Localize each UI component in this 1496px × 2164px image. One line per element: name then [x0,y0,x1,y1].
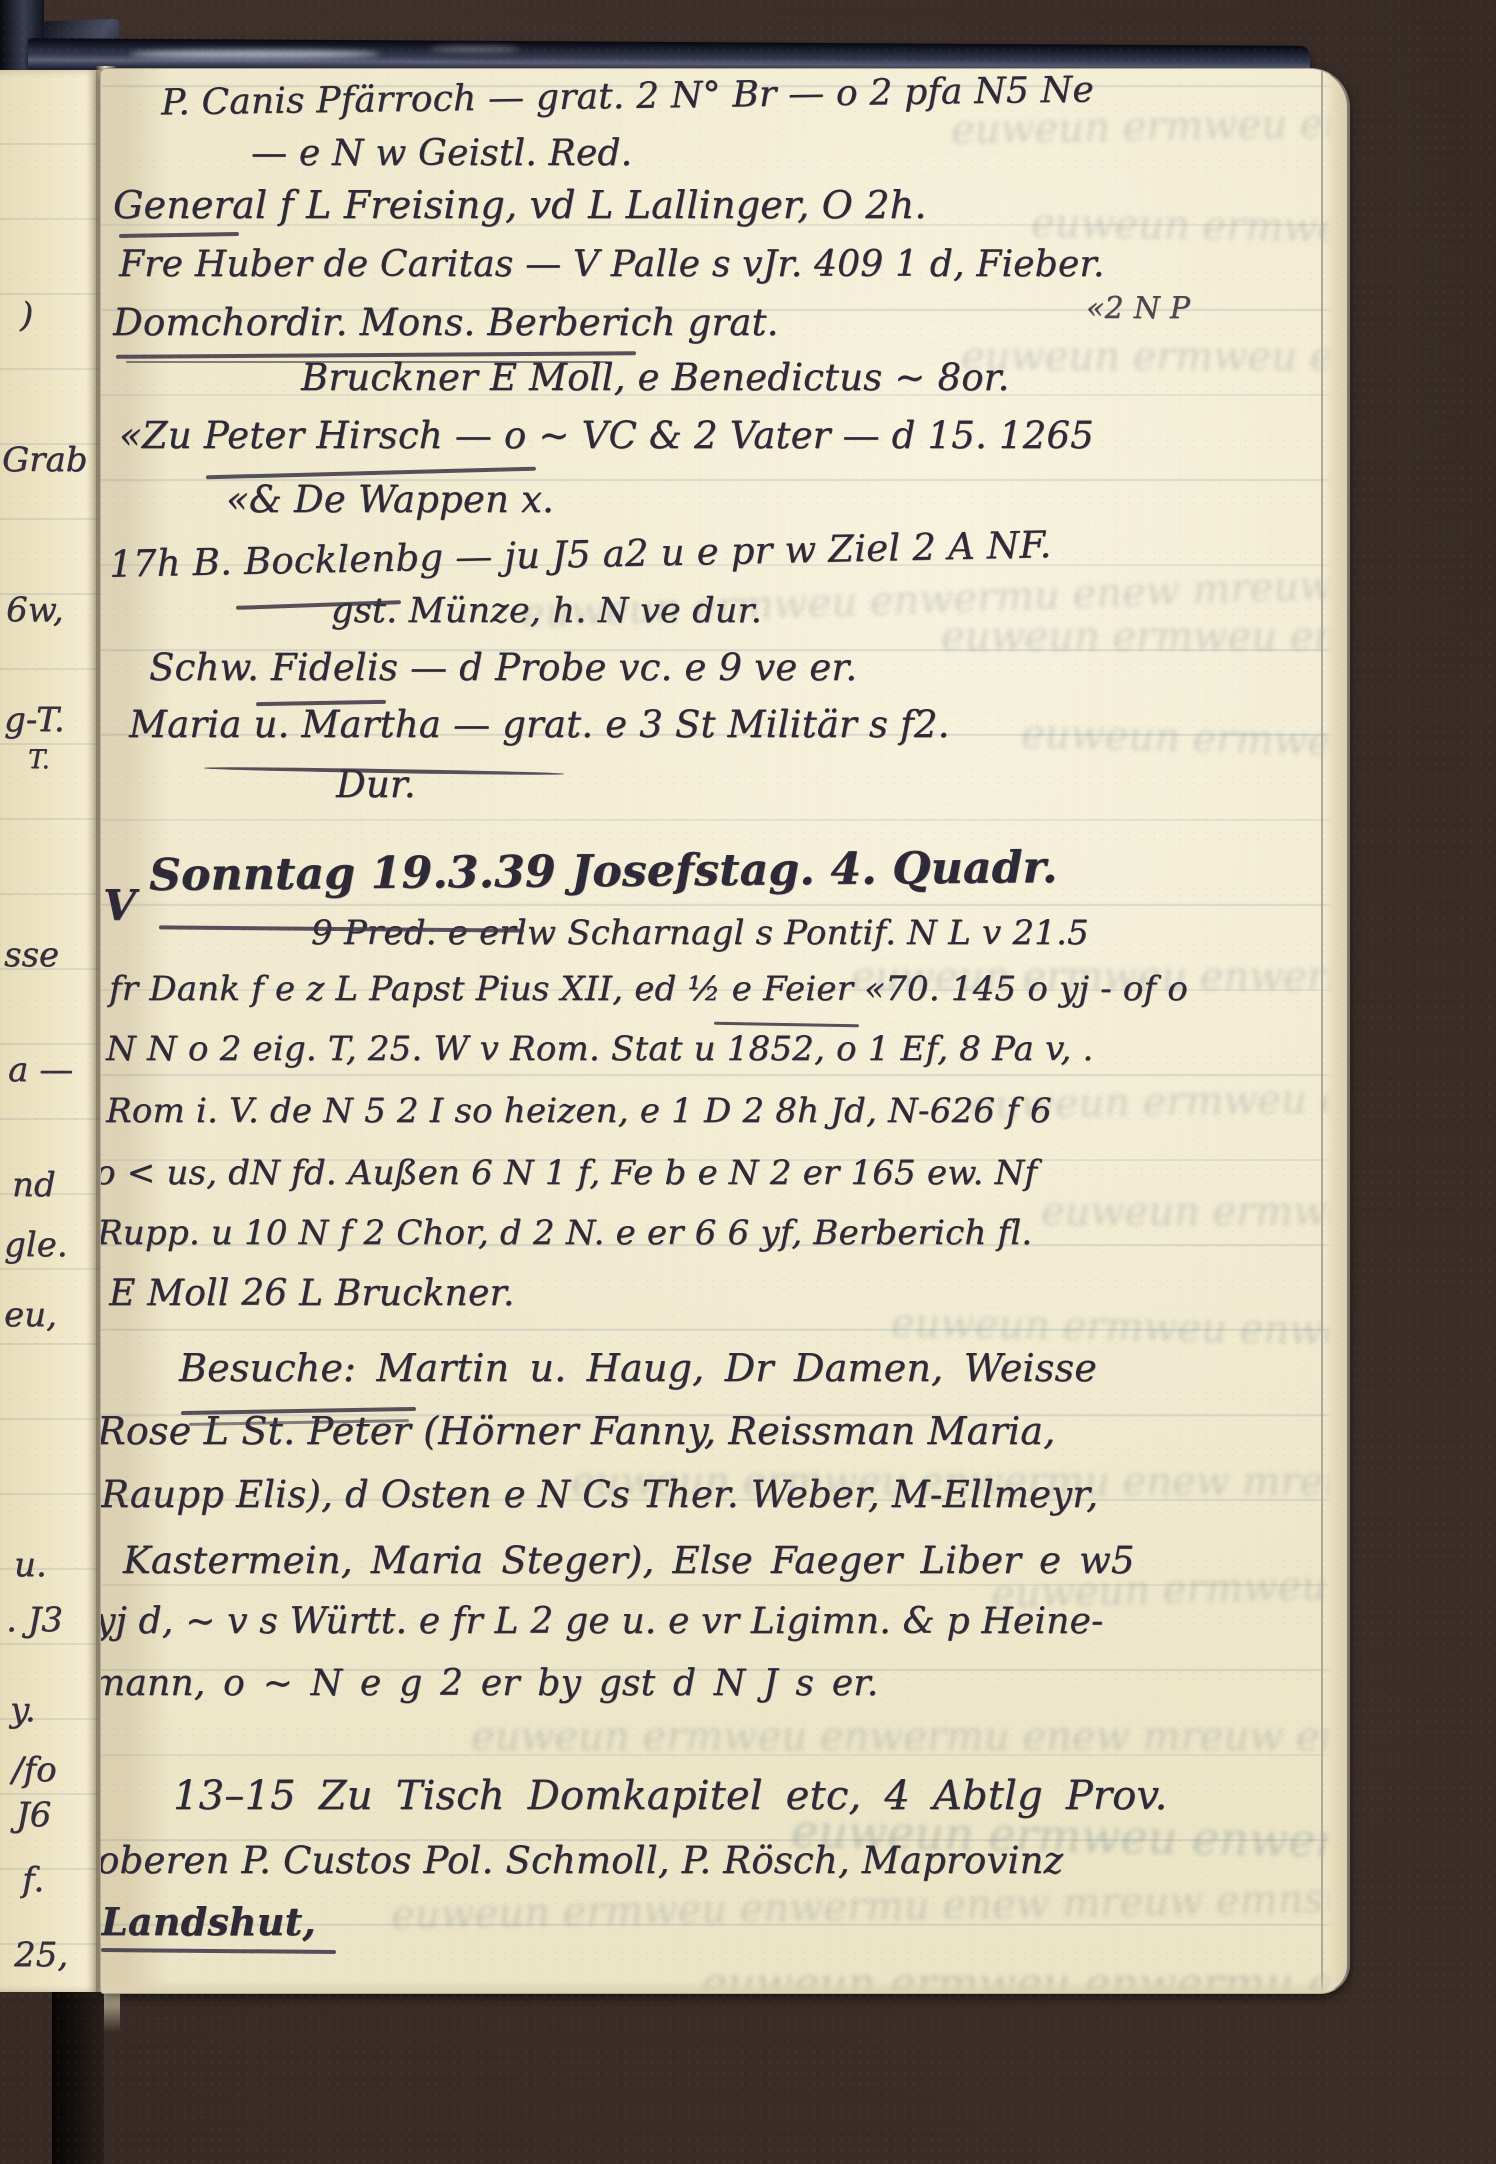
handwritten-line: Rupp. u 10 N f 2 Chor, d 2 N. e er 6 6 y… [100,1213,1032,1253]
handwriting-fragment: 6w, [6,590,64,630]
handwritten-line: Landshut, [101,1899,316,1944]
handwritten-line: P. Canis Pfärroch — grat. 2 N° Br — o 2 … [161,69,1094,123]
margin-check-mark: V [103,881,136,930]
handwritten-line: Rose L St. Peter (Hörner Fanny, Reissman… [100,1409,1055,1453]
handwritten-line: 13–15 Zu Tisch Domkapitel etc, 4 Abtlg P… [173,1773,1167,1819]
cover-glint [130,50,380,58]
underline-landshut [101,1948,336,1954]
handwritten-line: — e N w Geistl. Red. [251,133,632,174]
handwriting-fragment: ) [20,295,33,335]
handwriting-fragment: gle. [4,1225,68,1265]
handwritten-line: fr Dank f e z L Papst Pius XII, ed ½ e F… [109,969,1188,1009]
handwritten-line: Domchordir. Mons. Berberich grat. [113,301,779,344]
spine-shadow [52,1988,104,2164]
bleed-through-ghost: euweun ermweu enwermu enew mreuw emnsue [471,1714,1350,1760]
previous-page-edge: ) Grab 6w, g-T. T. sse a — nd gle. eu, u… [0,70,100,1992]
handwritten-line: Raupp Elis), d Osten e N Cs Ther. Weber,… [101,1473,1098,1516]
bleed-through-ghost: euweun ermweu enwermu enew mreuw emnsue [391,1875,1350,1938]
handwritten-line: mann, o ~ N e g 2 er by gst d N J s er. [100,1663,878,1704]
handwritten-line: Kastermein, Maria Steger), Else Faeger L… [123,1539,1135,1582]
handwriting-fragment: y. [10,1690,36,1730]
cover-glint [430,46,520,52]
handwritten-line: General f L Freising, vd L Lallinger, O … [113,183,927,227]
handwriting-fragment: sse [4,935,59,975]
handwritten-line: E Moll 26 L Bruckner. [109,1273,515,1314]
bleed-through-ghost: euweun ermweu enwermu enew mreuw emnsue [701,1959,1350,1994]
diary-page: euweun ermweu enwermu enew mreuw emnsue … [100,68,1350,1994]
handwriting-fragment: 25, [14,1935,68,1975]
handwritten-line: Besuche: Martin u. Haug, Dr Damen, Weiss… [179,1346,1097,1390]
handwritten-line: oberen P. Custos Pol. Schmoll, P. Rösch,… [100,1839,1063,1882]
scanned-diary-page: ) Grab 6w, g-T. T. sse a — nd gle. eu, u… [0,0,1496,2164]
handwritten-line: «& De Wappen x. [226,478,554,521]
page-bottom-edge [101,1980,1327,1993]
handwritten-line: Rom i. V. de N 5 2 I so heizen, e 1 D 2 … [106,1091,1052,1131]
handwriting-fragment: nd [12,1165,56,1205]
date-heading: Sonntag 19.3.39 Josefstag. 4. Quadr. [149,842,1058,901]
handwriting-fragment: u. [14,1545,47,1585]
underline-feier [714,1022,859,1028]
handwriting-fragment: /fo [12,1750,57,1790]
handwritten-line: Schw. Fidelis — d Probe vc. e 9 ve er. [149,646,857,689]
page-edge-sliver [104,1988,120,2032]
handwritten-line: o < us, dN fd. Außen 6 N 1 f, Fe b e N 2… [100,1153,1037,1193]
handwritten-line: yj d, ~ v s Württ. e fr L 2 ge u. e vr L… [100,1601,1103,1642]
handwriting-fragment: f. [22,1860,44,1900]
handwritten-line: Fre Huber de Caritas — V Palle s vJr. 40… [119,244,1105,285]
handwriting-fragment: Grab [2,440,87,480]
bleed-through-ghost: euweun ermweu enwermu enew mreuw emnsue [961,334,1350,380]
handwritten-line: «2 N P [1086,291,1190,326]
handwriting-fragment: eu, [4,1295,57,1335]
handwriting-fragment: a — [8,1050,73,1090]
handwriting-fragment: T. [28,745,50,775]
handwritten-line: 9 Pred. e erlw Scharnagl s Pontif. N L v… [311,913,1089,953]
handwritten-line: «Zu Peter Hirsch — o ~ VC & 2 Vater — d … [119,414,1094,457]
underline-domchordir-2 [126,361,606,363]
page-stack-edge [1321,69,1347,1993]
bleed-through-ghost: euweun ermweu enwermu enew mreuw emnsue [941,614,1350,660]
handwriting-fragment: J6 [16,1795,51,1835]
underline-general [119,232,239,238]
handwriting-fragment: . J3 [6,1600,63,1640]
handwritten-line: Maria u. Martha — grat. e 3 St Militär s… [129,703,950,746]
handwritten-line: 17h B. Bocklenbg — ju J5 a2 u e pr w Zie… [109,523,1052,586]
handwritten-line: N N o 2 eig. T, 25. W v Rom. Stat u 1852… [106,1029,1093,1069]
handwritten-line: gst. Münze, h. N ve dur. [331,591,762,631]
bleed-through-ghost: euweun ermweu enwermu enew mreuw emnsue [1041,1189,1350,1235]
handwriting-fragment: g-T. [4,700,65,740]
bleed-through-ghost: euweun ermweu enwermu enew mreuw emnsue [1021,711,1350,783]
